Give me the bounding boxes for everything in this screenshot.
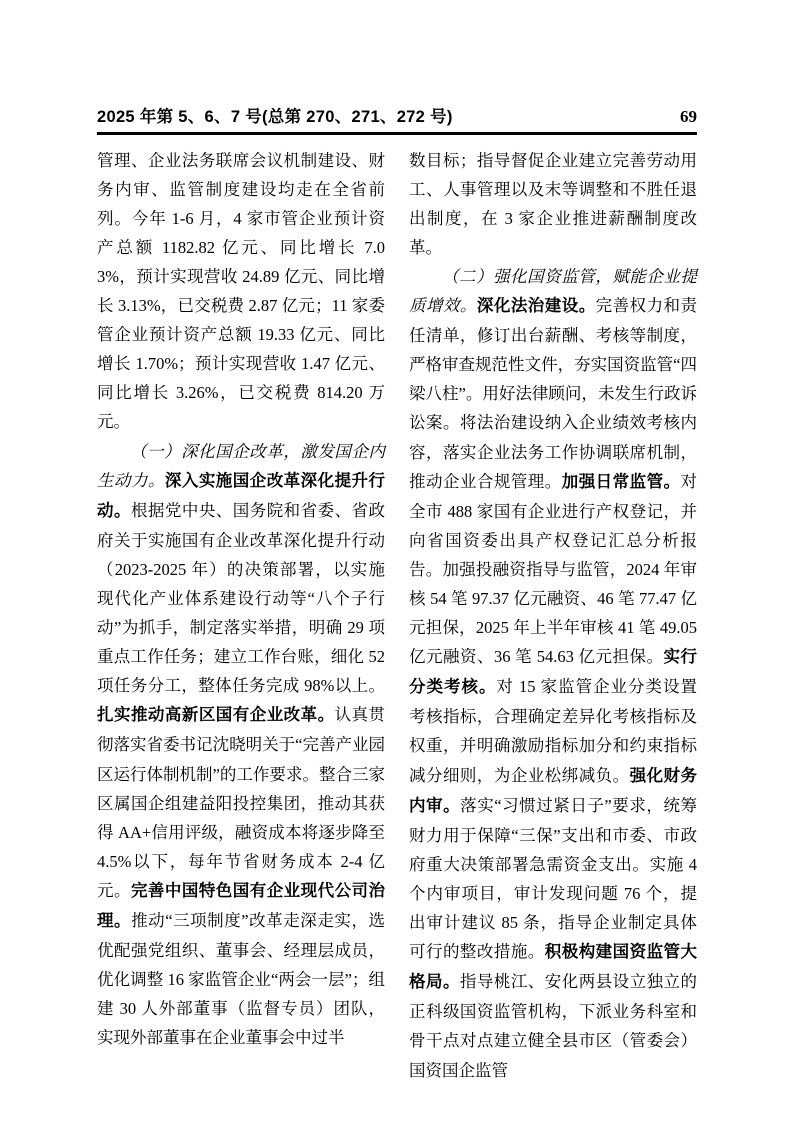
issue-label: 2025 年第 5、6、7 号(总第 270、271、272 号) bbox=[97, 106, 453, 128]
column-right: 数目标；指导督促企业建立完善劳动用工、人事管理以及末等调整和不胜任退出制度，在 … bbox=[409, 146, 697, 1085]
page-header: 2025 年第 5、6、7 号(总第 270、271、272 号) 69 bbox=[97, 106, 697, 131]
text-run: 落实“习惯过紧日子”要求，统筹财力用于保障“三保”支出和市委、市政府重大决策部署… bbox=[409, 796, 697, 961]
column-left: 管理、企业法务联席会议机制建设、财务内审、监管制度建设均走在全省前列。今年 1-… bbox=[97, 146, 385, 1085]
text-run: 推动“三项制度”改革走深走实，选优配强党组织、董事会、经理层成员，优化调整 16… bbox=[97, 911, 385, 1047]
text-run: 根据党中央、国务院和省委、省政府关于实施国有企业改革深化提升行动（2023-20… bbox=[97, 501, 385, 696]
header-rule bbox=[97, 132, 697, 135]
paragraph: 数目标；指导督促企业建立完善劳动用工、人事管理以及末等调整和不胜任退出制度，在 … bbox=[409, 146, 697, 262]
paragraph: 管理、企业法务联席会议机制建设、财务内审、监管制度建设均走在全省前列。今年 1-… bbox=[97, 146, 385, 437]
text-run: 管理、企业法务联席会议机制建设、财务内审、监管制度建设均走在全省前列。今年 1-… bbox=[97, 151, 385, 432]
text-run: 数目标；指导督促企业建立完善劳动用工、人事管理以及末等调整和不胜任退出制度，在 … bbox=[409, 151, 697, 257]
text-run: 认真贯彻落实省委书记沈晓明关于“完善产业园区运行体制机制”的工作要求。整合三家区… bbox=[97, 705, 385, 900]
paragraph: （二）强化国资监管，赋能企业提质增效。深化法治建设。完善权力和责任清单，修订出台… bbox=[409, 262, 697, 1085]
paragraph: （一）深化国企改革，激发国企内生动力。深入实施国企改革深化提升行动。根据党中央、… bbox=[97, 437, 385, 1053]
text-run: 加强日常监管。 bbox=[562, 473, 681, 491]
article-body: 管理、企业法务联席会议机制建设、财务内审、监管制度建设均走在全省前列。今年 1-… bbox=[97, 146, 697, 1085]
text-run: 深化法治建设。 bbox=[477, 297, 596, 315]
text-run: 完善权力和责任清单，修订出台薪酬、考核等制度，严格审查规范性文件，夯实国资监管“… bbox=[409, 296, 697, 491]
text-run: 对全市 488 家国有企业进行产权登记，并向省国资委出具产权登记汇总分析报告。加… bbox=[409, 472, 697, 667]
text-run: 扎实推动高新区国有企业改革。 bbox=[97, 706, 335, 724]
page-number: 69 bbox=[680, 106, 697, 128]
document-page: 2025 年第 5、6、7 号(总第 270、271、272 号) 69 管理、… bbox=[0, 0, 794, 1122]
